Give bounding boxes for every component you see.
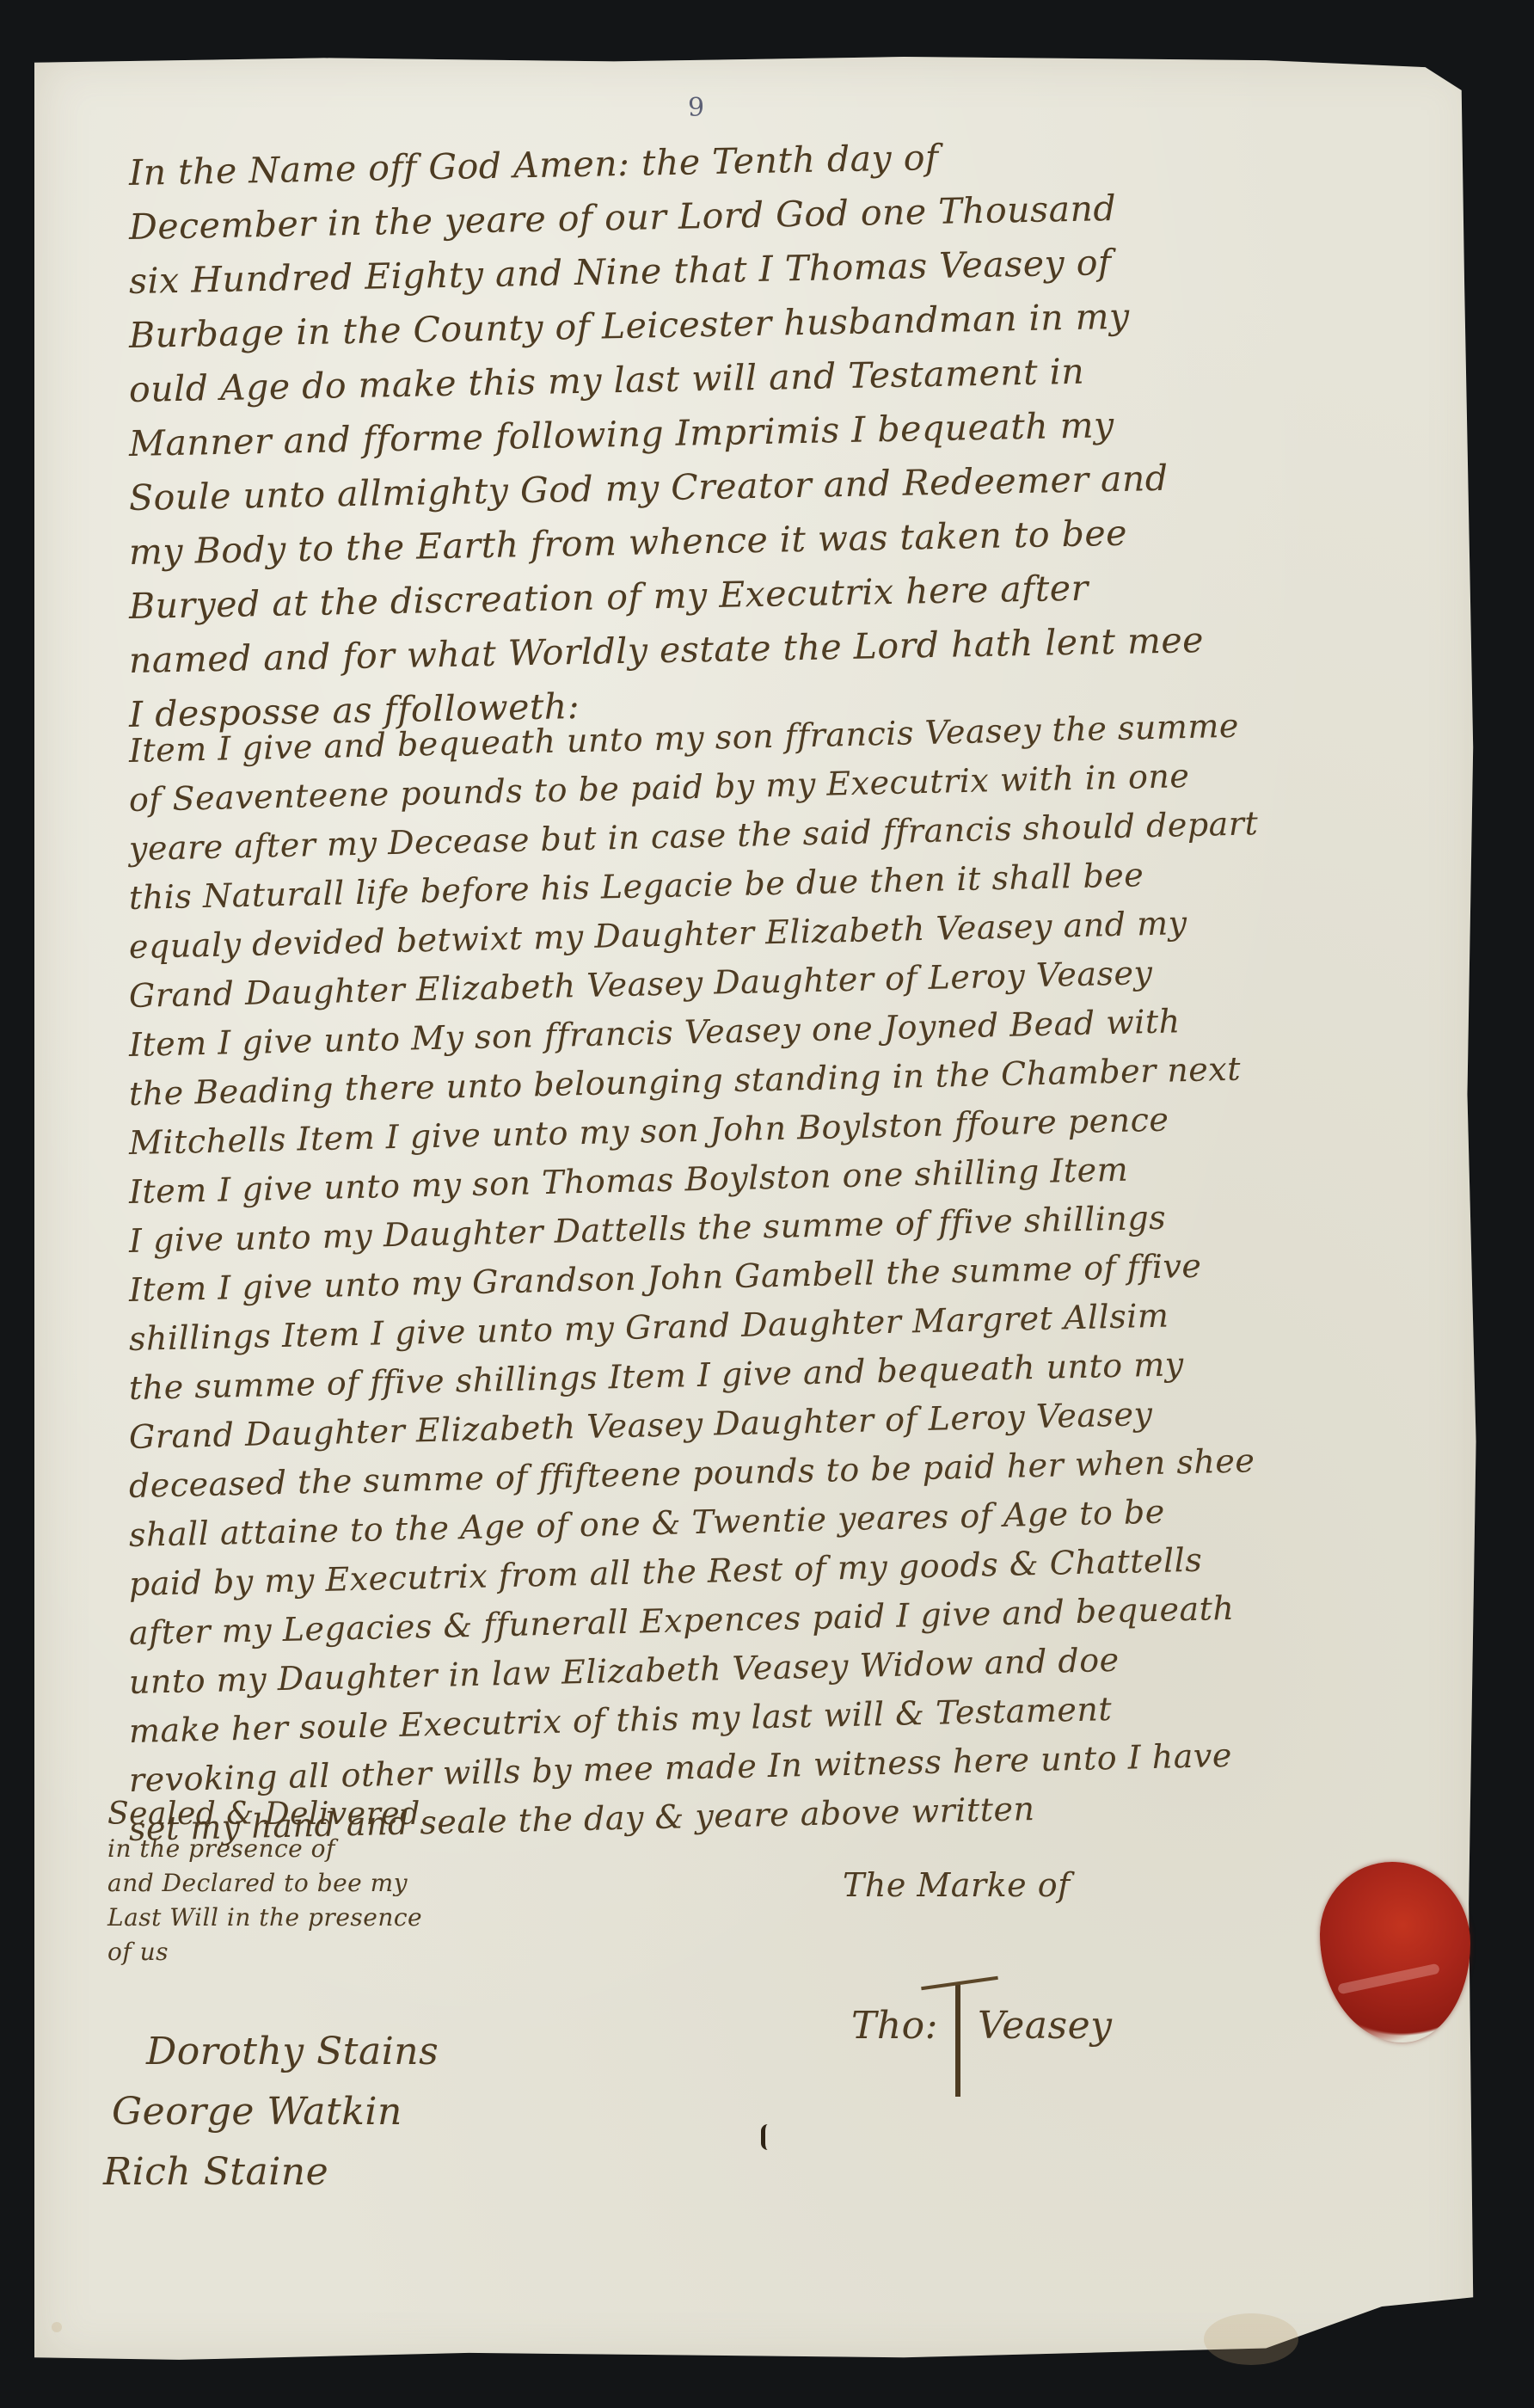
attestation-line: of us [107,1935,589,1969]
testator-mark-icon [955,1985,960,2097]
attestation-line: and Declared to bee my [107,1866,589,1901]
testator-first-name: Tho: [851,2004,938,2048]
ink-blot-icon [761,2124,774,2150]
attestation-clause: Sealed & Delivered in the presence of an… [107,1797,589,1969]
attestation-line: Last Will in the presence [107,1901,589,1935]
witness-signature: Dorothy Stains [146,2030,439,2073]
will-bequests: Item I give and bequeath unto my son ffr… [129,727,1453,1854]
folio-number: 9 [688,93,704,123]
testator-mark-label: The Marke of [843,1866,1071,1904]
witness-signature: Rich Staine [103,2150,328,2194]
witness-signature: George Watkin [112,2090,402,2134]
attestation-line: Sealed & Delivered [107,1797,589,1832]
paper-stain [52,2322,62,2332]
document-mount: 9 In the Name off God Amen: the Tenth da… [0,0,1534,2408]
testator-surname: Veasey [978,2004,1112,2048]
attestation-line: in the presence of [107,1832,589,1866]
paper-stain [1204,2313,1298,2365]
testator-signature: Tho: Veasey [851,1969,1112,2081]
will-preamble: In the Name off God Amen: the Tenth day … [129,146,1453,742]
